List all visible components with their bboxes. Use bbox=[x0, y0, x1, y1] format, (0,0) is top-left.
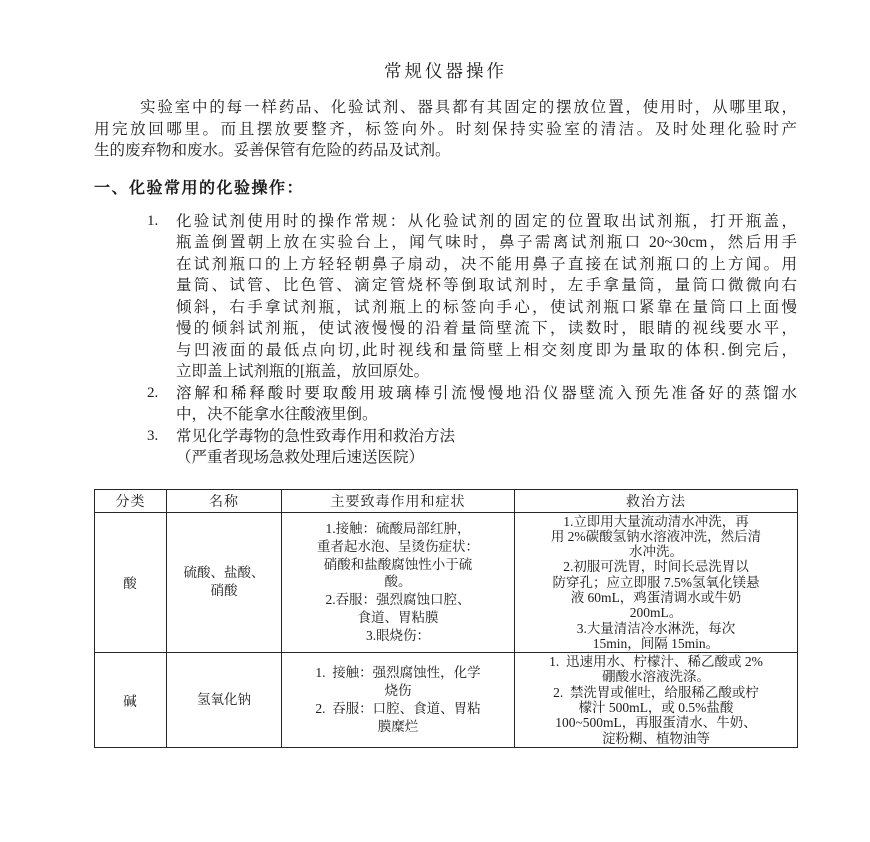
section-heading: 一、化验常用的化验操作： bbox=[94, 178, 797, 200]
text-line: 檬汁 500mL，或 0.5%盐酸 bbox=[518, 700, 794, 715]
text-line: 15min，间隔 15min。 bbox=[518, 636, 794, 651]
table-header-row: 分类 名称 主要致毒作用和症状 救治方法 bbox=[95, 489, 798, 512]
alkali-name-cell: 氢氧化钠 bbox=[167, 653, 282, 748]
list-item-3: 3. 常见化学毒物的急性致毒作用和救治方法 （严重者现场急救处理后速送医院） bbox=[94, 426, 797, 469]
alkali-category-cell: 碱 bbox=[95, 653, 167, 748]
alkali-symptoms-cell: 1. 接触：强烈腐蚀性，化学烧伤2. 吞服：口腔、食道、胃粘膜糜烂 bbox=[282, 653, 515, 748]
text-line: 硫酸、盐酸、 bbox=[170, 564, 278, 582]
text-line: 瓶盖倒置朝上放在实验台上，闻气味时，鼻子需离试剂瓶口 20~30cm，然后用手 bbox=[176, 232, 797, 254]
numbered-list: 1. 化验试剂使用时的操作常规：从化验试剂的固定的位置取出试剂瓶，打开瓶盖，瓶盖… bbox=[94, 211, 797, 469]
document-page: 常规仪器操作 实验室中的每一样药品、化验试剂、器具都有其固定的摆放位置，使用时，… bbox=[0, 0, 870, 748]
text-line: 2.初服可洗胃，时间长忌洗胃以 bbox=[518, 559, 794, 574]
page-title: 常规仪器操作 bbox=[94, 60, 797, 82]
list-item-3-text: 常见化学毒物的急性致毒作用和救治方法 bbox=[176, 426, 797, 448]
text-line: 1. 接触：强烈腐蚀性，化学 bbox=[285, 664, 511, 682]
text-line: 防穿孔；应立即服 7.5%氢氧化镁悬 bbox=[518, 575, 794, 590]
text-line: 倾斜，右手拿试剂瓶，试剂瓶上的标签向手心，使试剂瓶口紧靠在量筒口上面慢 bbox=[176, 297, 797, 319]
text-line: 在试剂瓶口的上方轻轻朝鼻子扇动，决不能用鼻子直接在试剂瓶口的上方闻。用 bbox=[176, 254, 797, 276]
text-line: 食道、胃粘膜 bbox=[285, 609, 511, 627]
header-cell-treatment: 救治方法 bbox=[515, 489, 798, 512]
acid-treatment-cell: 1.立即用大量流动清水冲洗，再用 2%碳酸氢钠水溶液冲洗，然后清水冲洗。2.初服… bbox=[515, 512, 798, 653]
header-cell-name: 名称 bbox=[167, 489, 282, 512]
text-line: 量筒、试管、比色管、滴定管烧杯等倒取试剂时，左手拿量筒，量筒口微微向右 bbox=[176, 275, 797, 297]
text-line: 溶解和稀释酸时要取酸用玻璃棒引流慢慢地沿仪器壁流入预先准备好的蒸馏水 bbox=[176, 383, 797, 405]
list-item-2: 2. 溶解和稀释酸时要取酸用玻璃棒引流慢慢地沿仪器壁流入预先准备好的蒸馏水中，决… bbox=[94, 383, 797, 426]
text-line: 3.眼烧伤： bbox=[285, 627, 511, 645]
alkali-treatment-cell: 1. 迅速用水、柠檬汁、稀乙酸或 2%硼酸水溶液洗涤。2. 禁洗胃或催吐，给服稀… bbox=[515, 653, 798, 748]
text-line: 化验试剂使用时的操作常规：从化验试剂的固定的位置取出试剂瓶，打开瓶盖， bbox=[176, 211, 797, 233]
text-line: 200mL。 bbox=[518, 605, 794, 620]
text-line: 2.吞服：强烈腐蚀口腔、 bbox=[285, 591, 511, 609]
text-line: 硝酸 bbox=[170, 582, 278, 600]
text-line: 生的废弃物和废水。妥善保管有危险的药品及试剂。 bbox=[94, 140, 797, 162]
text-line: 2. 禁洗胃或催吐，给服稀乙酸或柠 bbox=[518, 685, 794, 700]
header-cell-category: 分类 bbox=[95, 489, 167, 512]
acid-symptoms-cell: 1.接触：硫酸局部红肿，重者起水泡、呈烫伤症状：硝酸和盐酸腐蚀性小于硫酸。2.吞… bbox=[282, 512, 515, 653]
text-line: 立即盖上试剂瓶的[瓶盖，放回原处。 bbox=[176, 361, 797, 383]
text-line: 1.接触：硫酸局部红肿， bbox=[285, 520, 511, 538]
list-item-2-number: 2. bbox=[147, 383, 158, 405]
text-line: 1. 迅速用水、柠檬汁、稀乙酸或 2% bbox=[518, 654, 794, 669]
text-line: 重者起水泡、呈烫伤症状： bbox=[285, 538, 511, 556]
text-line: 用 2%碳酸氢钠水溶液冲洗，然后清 bbox=[518, 529, 794, 544]
table-row-acid: 酸 硫酸、盐酸、硝酸 1.接触：硫酸局部红肿，重者起水泡、呈烫伤症状：硝酸和盐酸… bbox=[95, 512, 798, 653]
text-line: 氢氧化钠 bbox=[170, 691, 278, 709]
text-line: 酸。 bbox=[285, 573, 511, 591]
text-line: 硼酸水溶液洗涤。 bbox=[518, 669, 794, 684]
intro-paragraph: 实验室中的每一样药品、化验试剂、器具都有其固定的摆放位置，使用时，从哪里取，用完… bbox=[94, 97, 797, 162]
text-line: 与凹液面的最低点向切,此时视线和量筒壁上相交刻度即为量取的体积.倒完后， bbox=[176, 340, 797, 362]
text-line: 常见化学毒物的急性致毒作用和救治方法 bbox=[176, 426, 797, 448]
text-line: 水冲洗。 bbox=[518, 544, 794, 559]
text-line: 2. 吞服：口腔、食道、胃粘 bbox=[285, 700, 511, 718]
text-line: 100~500mL，再服蛋清水、牛奶、 bbox=[518, 715, 794, 730]
table-row-alkali: 碱 氢氧化钠 1. 接触：强烈腐蚀性，化学烧伤2. 吞服：口腔、食道、胃粘膜糜烂… bbox=[95, 653, 798, 748]
list-item-1-number: 1. bbox=[147, 211, 158, 233]
header-cell-symptoms: 主要致毒作用和症状 bbox=[282, 489, 515, 512]
list-item-3-number: 3. bbox=[147, 426, 158, 448]
list-item-1: 1. 化验试剂使用时的操作常规：从化验试剂的固定的位置取出试剂瓶，打开瓶盖，瓶盖… bbox=[94, 211, 797, 383]
text-line: 烧伤 bbox=[285, 682, 511, 700]
text-line: 3.大量清洁冷水淋洗，每次 bbox=[518, 621, 794, 636]
list-item-2-text: 溶解和稀释酸时要取酸用玻璃棒引流慢慢地沿仪器壁流入预先准备好的蒸馏水中，决不能拿… bbox=[176, 383, 797, 426]
list-item-3-note: （严重者现场急救处理后速送医院） bbox=[176, 447, 797, 469]
list-item-1-text: 化验试剂使用时的操作常规：从化验试剂的固定的位置取出试剂瓶，打开瓶盖，瓶盖倒置朝… bbox=[176, 211, 797, 383]
acid-category-cell: 酸 bbox=[95, 512, 167, 653]
text-line: 用完放回哪里。而且摆放要整齐，标签向外。时刻保持实验室的清洁。及时处理化验时产 bbox=[94, 119, 797, 141]
text-line: 液 60mL，鸡蛋清调水或牛奶 bbox=[518, 590, 794, 605]
text-line: 实验室中的每一样药品、化验试剂、器具都有其固定的摆放位置，使用时，从哪里取， bbox=[94, 97, 797, 119]
text-line: 膜糜烂 bbox=[285, 718, 511, 736]
toxin-table: 分类 名称 主要致毒作用和症状 救治方法 酸 硫酸、盐酸、硝酸 1.接触：硫酸局… bbox=[94, 489, 798, 748]
text-line: 硝酸和盐酸腐蚀性小于硫 bbox=[285, 556, 511, 574]
text-line: 中，决不能拿水往酸液里倒。 bbox=[176, 404, 797, 426]
acid-name-cell: 硫酸、盐酸、硝酸 bbox=[167, 512, 282, 653]
text-line: 慢的倾斜试剂瓶，使试液慢慢的沿着量筒壁流下，读数时，眼睛的视线要水平， bbox=[176, 318, 797, 340]
text-line: 淀粉糊、植物油等 bbox=[518, 731, 794, 746]
text-line: 1.立即用大量流动清水冲洗，再 bbox=[518, 514, 794, 529]
